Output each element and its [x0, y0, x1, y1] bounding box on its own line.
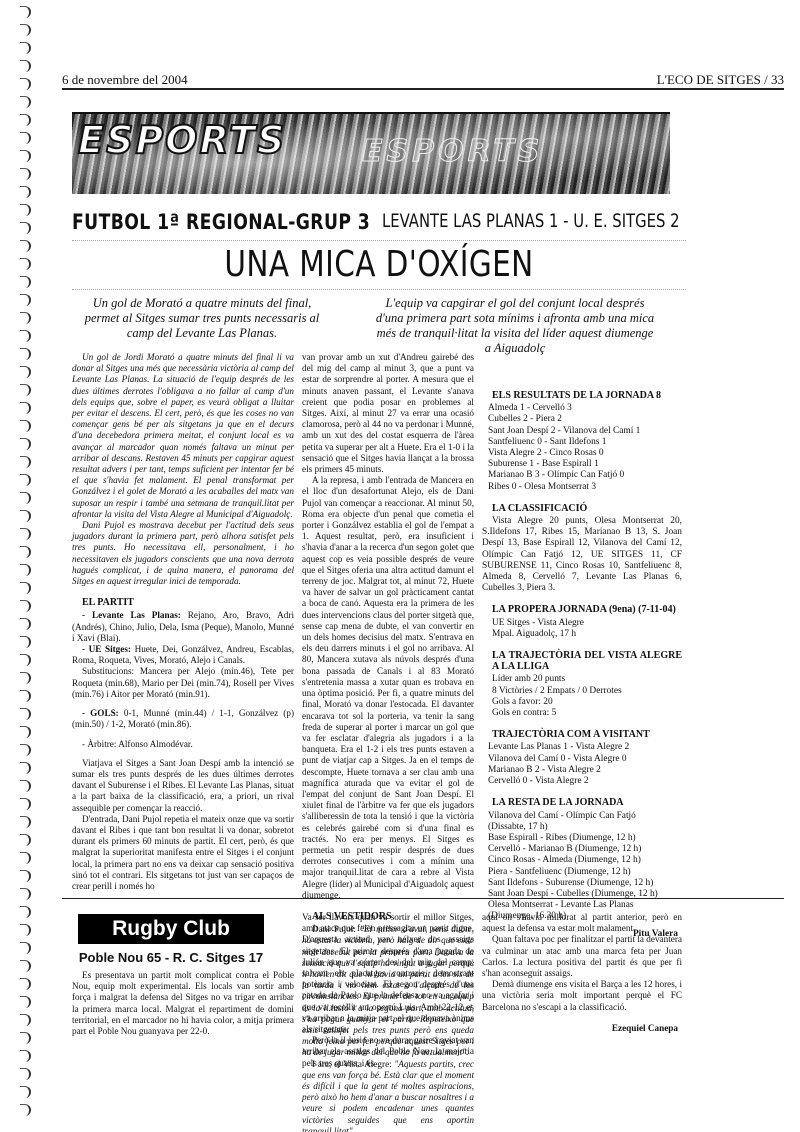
rest-item: Olesa Montserrat - Levante Las Planas — [482, 900, 682, 911]
away-item: Levante Las Planas 1 - Vista Alegre 2 — [482, 742, 682, 753]
banner-section-title: ESPORTS — [78, 118, 286, 162]
article-column-3: ELS RESULTATS DE LA JORNADA 8 Almeda 1 -… — [482, 380, 682, 940]
classification-heading: LA CLASSIFICACIÓ — [492, 503, 682, 514]
section-divider — [62, 898, 784, 899]
rugby-byline: Ezequiel Canepa — [482, 1023, 682, 1034]
rugby-column-2: Va ser llavors quan va sortir el millor … — [302, 912, 474, 1069]
result-item: Almeda 1 - Cervelló 3 — [482, 403, 682, 414]
article-column-1: Un gol de Jordi Morató a quatre minuts d… — [72, 352, 294, 892]
rugby-score: Poble Nou 65 - R. C. Sitges 17 — [78, 950, 264, 965]
rugby-paragraph: Però la il·lusió no va durar gaire i avi… — [302, 1035, 474, 1069]
result-item: Cubelles 2 - Piera 2 — [482, 414, 682, 425]
section-kicker: FUTBOL 1ª REGIONAL-GRUP 3 — [72, 210, 370, 234]
substitutions: Substitucions: Mancera per Alejo (min.46… — [72, 666, 294, 700]
rugby-paragraph: Demà diumenge ens visita el Barça a les … — [482, 979, 682, 1013]
rugby-paragraph: Quan faltava poc per finalitzar el parti… — [482, 934, 682, 979]
rest-item: (Dissabte, 17 h) — [482, 822, 682, 833]
spiral-binding — [0, 0, 40, 1132]
trajectory-item: Gols a favor: 20 — [482, 697, 682, 708]
publication-page: L'ECO DE SITGES / 33 — [657, 72, 784, 88]
rest-item: Cervelló - Marianao B (Diumenge, 12 h) — [482, 844, 682, 855]
next-round-heading: LA PROPERA JORNADA (9ena) (7-11-04) — [492, 604, 682, 615]
away-item: Marianao B 2 - Vista Alegre 2 — [482, 765, 682, 776]
rugby-paragraph: aquí on s'havia millorat al partit anter… — [482, 912, 682, 934]
follow-quote: "Aquests partits, crec que ens van força… — [302, 1059, 474, 1132]
body-paragraph: A la represa, i amb l'entrada de Mancera… — [302, 475, 474, 901]
result-item: Sant Joan Despí 2 - Vilanova del Camí 1 — [482, 426, 682, 437]
trajectory-item: Gols en contra: 5 — [482, 708, 682, 719]
goals: - GOLS: 0-1, Munné (min.44) / 1-1, Gonzá… — [72, 708, 294, 730]
body-paragraph: D'entrada, Dani Pujol repetia el mateix … — [72, 814, 294, 892]
result-item: Marianao B 3 - Olímpic Can Fatjó 0 — [482, 470, 682, 481]
rugby-title: Rugby Club Sitges — [78, 914, 264, 944]
rugby-column-1: Es presentava un partit molt complicat c… — [72, 970, 294, 1037]
next-round-item: Mpal. Aiguadolç, 17 h — [482, 629, 682, 640]
rest-item: Vilanova del Camí - Olímpic Can Fatjó — [482, 811, 682, 822]
match-score-kicker: LEVANTE LAS PLANAS 1 - U. E. SITGES 2 — [382, 210, 680, 232]
result-item: Suburense 1 - Base Espirall 1 — [482, 459, 682, 470]
rest-item: Piera - Santfeliuenc (Diumenge, 12 h) — [482, 867, 682, 878]
away-heading: TRAJECTÒRIA COM A VISITANT — [492, 729, 682, 740]
body-paragraph: van provar amb un xut d'Andreu gairebé d… — [302, 352, 474, 475]
levante-label: - Levante Las Planas: — [82, 610, 181, 620]
rest-item: Base Espirall - Ribes (Diumenge, 12 h) — [482, 833, 682, 844]
away-item: Cervelló 0 - Vista Alegre 2 — [482, 776, 682, 787]
results-heading: ELS RESULTATS DE LA JORNADA 8 — [492, 390, 682, 401]
deck-left: Un gol de Morató a quatre minuts del fin… — [84, 296, 320, 341]
issue-date: 6 de novembre del 2004 — [62, 72, 188, 88]
goals-label: - GOLS: — [82, 708, 119, 718]
rugby-paragraph: Va ser llavors quan va sortir el millor … — [302, 912, 474, 1035]
headline-box: UNA MICA D'OXÍGEN — [72, 240, 686, 290]
esports-banner: ESPORTS ESPORTS — [72, 112, 670, 194]
intro-paragraph: Dani Pujol es mostrava decebut per l'act… — [72, 520, 294, 587]
trajectory-heading: LA TRAJECTÒRIA DEL VISTA ALEGRE A LA LLI… — [492, 650, 682, 672]
headline: UNA MICA D'OXÍGEN — [127, 241, 630, 289]
result-item: Ribes 0 - Olesa Montserrat 3 — [482, 482, 682, 493]
levante-lineup: - Levante Las Planas: Rejano, Aro, Bravo… — [72, 610, 294, 644]
trajectory-item: Líder amb 20 punts — [482, 674, 682, 685]
rest-item: Cinco Rosas - Almeda (Diumenge, 12 h) — [482, 855, 682, 866]
sitges-label: - UE Sitges: — [82, 644, 131, 654]
result-item: Santfeliuenc 0 - Sant Ildefons 1 — [482, 437, 682, 448]
rugby-paragraph: Es presentava un partit molt complicat c… — [72, 970, 294, 1037]
rest-item: Sant Ildefons - Suburense (Diumenge, 12 … — [482, 878, 682, 889]
page-header: 6 de novembre del 2004 L'ECO DE SITGES /… — [62, 72, 784, 90]
referee: - Àrbitre: Alfonso Almodévar. — [72, 739, 294, 750]
body-paragraph: Viatjava el Sitges a Sant Joan Despí amb… — [72, 758, 294, 814]
banner-echo-title: ESPORTS — [362, 134, 543, 169]
intro-paragraph: Un gol de Jordi Morató a quatre minuts d… — [72, 352, 294, 520]
result-item: Vista Alegre 2 - Cinco Rosas 0 — [482, 448, 682, 459]
trajectory-item: 8 Victòries / 2 Empats / 0 Derrotes — [482, 686, 682, 697]
sitges-lineup: - UE Sitges: Huete, Dei, Gonzálvez, Andr… — [72, 644, 294, 666]
next-round-item: UE Sitges - Vista Alegre — [482, 618, 682, 629]
rest-heading: LA RESTA DE LA JORNADA — [492, 797, 682, 808]
classification-text: Vista Alegre 20 punts, Olesa Montserrat … — [482, 516, 682, 594]
away-item: Vilanova del Camí 0 - Vista Alegre 0 — [482, 754, 682, 765]
rugby-column-3: aquí on s'havia millorat al partit anter… — [482, 912, 682, 1034]
deck-right: L'equip va capgirar el gol del conjunt l… — [374, 296, 656, 356]
el-partit-heading: EL PARTIT — [82, 597, 294, 608]
vestidors-follow: I ara, el Vista Alegre: "Aquests partits… — [302, 1059, 474, 1132]
